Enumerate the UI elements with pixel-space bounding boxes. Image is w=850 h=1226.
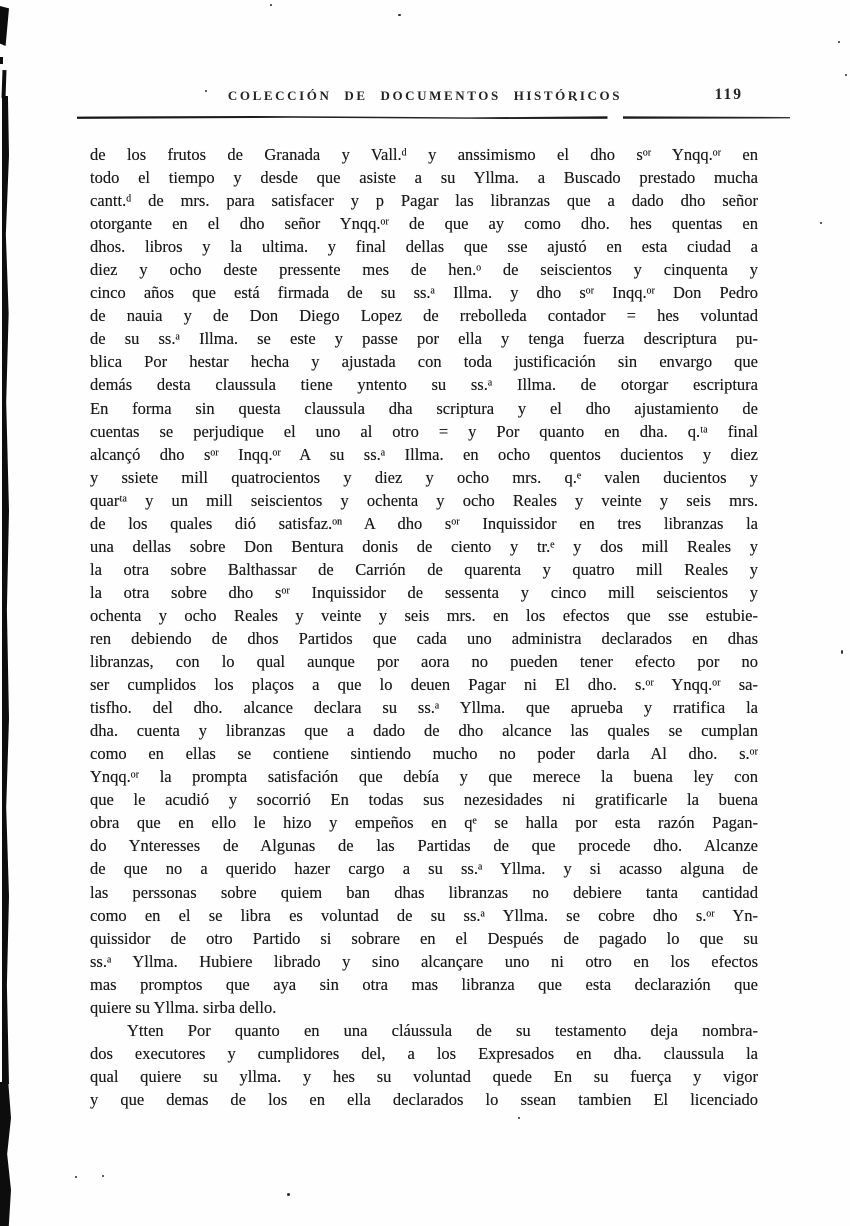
text-line: tisfho. del dho. alcance declara su ss.ᵃ… [90,696,758,719]
text-line: quissidor de otro Partido si sobrare en … [90,927,758,950]
binding-artifact [2,96,9,1084]
text-line: qual quiere su yllma. y hes su voluntad … [90,1065,758,1088]
paragraph: de los frutos de Granada y Vall.ᵈ y anss… [90,143,758,1019]
text-line: diez y ocho deste pressente mes de hen.ᵒ… [90,258,758,281]
text-line: quiere su Yllma. sirba dello. [90,996,758,1019]
text-line: Ytten Por quanto en una cláussula de su … [90,1019,758,1042]
text-line: libranzas, con lo qual aunque por aora n… [90,650,758,673]
binding-artifact [0,57,3,64]
text-line: Ynqq.ᵒʳ la prompta satisfación que debía… [90,765,758,788]
text-line: y que demas de los en ella declarados lo… [90,1088,758,1111]
text-line: cuentas se perjudique el uno al otro = y… [90,420,758,443]
text-line: ochenta y ocho Reales y veinte y seis mr… [90,604,758,627]
text-line: una dellas sobre Don Bentura donis de ci… [90,535,758,558]
binding-artifact [0,1082,11,1226]
text-line: ser cumplidos los plaços a que lo deuen … [90,673,758,696]
text-line: y ssiete mill quatrocientos y diez y och… [90,466,758,489]
text-line: la otra sobre Balthassar de Carrión de q… [90,558,758,581]
text-line: de su ss.ᵃ Illma. se este y passe por el… [90,327,758,350]
text-line: la otra sobre dho sᵒʳ Inquissidor de ses… [90,581,758,604]
text-line: cantt.ᵈ de mrs. para satisfacer y p Paga… [90,189,758,212]
page-header: COLECCIÓN DE DOCUMENTOS HISTÓRICOS 119 [0,88,850,110]
text-line: otorgante en el dho señor Ynqq.ᵒʳ de que… [90,212,758,235]
text-line: demás desta claussula tiene yntento su s… [90,373,758,396]
text-line: En forma sin questa claussula dha script… [90,397,758,420]
text-line: de que no a querido hazer cargo a su ss.… [90,857,758,880]
text-line: como en ellas se contiene sintiendo much… [90,742,758,765]
text-line: todo el tiempo y desde que asiste a su Y… [90,166,758,189]
text-line: dos executores y cumplidores del, a los … [90,1042,758,1065]
text-line: de los quales dió satisfaz.ᵒⁿ A dho sᵒʳ … [90,512,758,535]
page-number: 119 [715,86,743,104]
text-line: alcançó dho sᵒʳ Inqq.ᵒʳ A su ss.ᵃ Illma.… [90,443,758,466]
text-line: de nauia y de Don Diego Lopez de rreboll… [90,304,758,327]
paragraph: Ytten Por quanto en una cláussula de su … [90,1019,758,1111]
text-line: como en el se libra es voluntad de su ss… [90,904,758,927]
text-line: ren debiendo de dhos Partidos que cada u… [90,627,758,650]
text-line: de los frutos de Granada y Vall.ᵈ y anss… [90,143,758,166]
text-line: dhos. libros y la ultima. y final dellas… [90,235,758,258]
text-line: obra que en ello le hizo y empeños en qᵉ… [90,811,758,834]
header-rule [77,116,790,119]
text-line: do Ynteresses de Algunas de las Partidas… [90,834,758,857]
scanned-page: COLECCIÓN DE DOCUMENTOS HISTÓRICOS 119 d… [0,0,850,1226]
document-body: de los frutos de Granada y Vall.ᵈ y anss… [90,143,758,1111]
text-line: ss.ᵃ Yllma. Hubiere librado y sino alcan… [90,950,758,973]
text-line: las perssonas sobre quiem ban dhas libra… [90,881,758,904]
binding-artifact [0,6,9,46]
text-line: quarᵗᵃ y un mill seiscientos y ochenta y… [90,489,758,512]
text-line: que le acudió y socorrió En todas sus ne… [90,788,758,811]
text-line: cinco años que está firmada de su ss.ᵃ I… [90,281,758,304]
text-line: mas promptos que aya sin otra mas libran… [90,973,758,996]
text-line: dha. cuenta y libranzas que a dado de dh… [90,719,758,742]
text-line: blica Por hestar hecha y ajustada con to… [90,350,758,373]
